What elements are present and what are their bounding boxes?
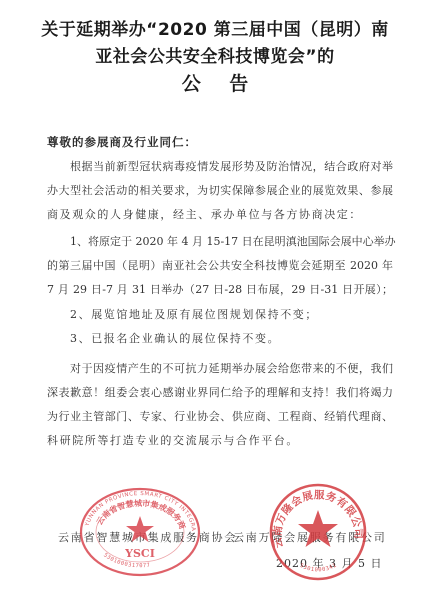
body-line: 深表歉意！组委会衷心感谢业界同仁给予的理解和支持！我们将竭力	[47, 384, 393, 400]
body-line: 科研院所等打造专业的交流展示与合作平台。	[47, 432, 393, 448]
salutation: 尊敬的参展商及行业同仁：	[47, 134, 197, 150]
svg-text:YSCI: YSCI	[124, 547, 155, 560]
issue-date: 2020 年 3 月 5 日	[276, 555, 382, 571]
svg-text:YUNNAN PROVINCE SMART CITY INT: YUNNAN PROVINCE SMART CITY INTEGRATED SE…	[78, 486, 196, 531]
body-line: 商及观众的人身健康，经主、承办单位与各方协商决定：	[47, 206, 393, 222]
title-line-1: 关于延期举办“2020 第三届中国（昆明）南	[0, 15, 430, 40]
body-line: 2、展览馆地址及原有展位图规划保持不变；	[70, 306, 393, 322]
svg-text:云南省智慧城市集成服务商协会: 云南省智慧城市集成服务商协会	[78, 486, 188, 530]
body-line: 3、已报名企业确认的展位保持不变。	[70, 330, 393, 346]
body-line: 7 月 29 日-7 月 31 日举办（27 日-28 日布展，29 日-31 …	[47, 281, 393, 297]
signatory-company: 云南万隆会展服务有限公司	[233, 529, 387, 545]
body-line: 办大型社会活动的相关要求，为切实保障参展企业的展览效果、参展	[47, 182, 393, 198]
body-line: 对于因疫情产生的不可抗力延期举办展会给您带来的不便，我们	[70, 360, 393, 376]
notice-heading: 公 告	[0, 69, 430, 96]
title-line-2: 亚社会公共安全科技博览会”的	[0, 42, 430, 67]
signatory-association: 云南省智慧城市集成服务商协会	[58, 529, 237, 545]
body-line: 1、将原定于 2020 年 4 月 15-17 日在昆明滇池国际会展中心举办	[70, 233, 393, 249]
body-line: 根据当前新型冠状病毒疫情发展形势及防治情况，结合政府对举	[70, 158, 393, 174]
body-line: 的第三届中国（昆明）南亚社会公共安全科技博览会延期至 2020 年	[47, 257, 393, 273]
body-line: 为行业主管部门、专家、行业协会、供应商、工程商、经销代理商、	[47, 408, 393, 424]
svg-text:5301000317077: 5301000317077	[102, 552, 151, 569]
